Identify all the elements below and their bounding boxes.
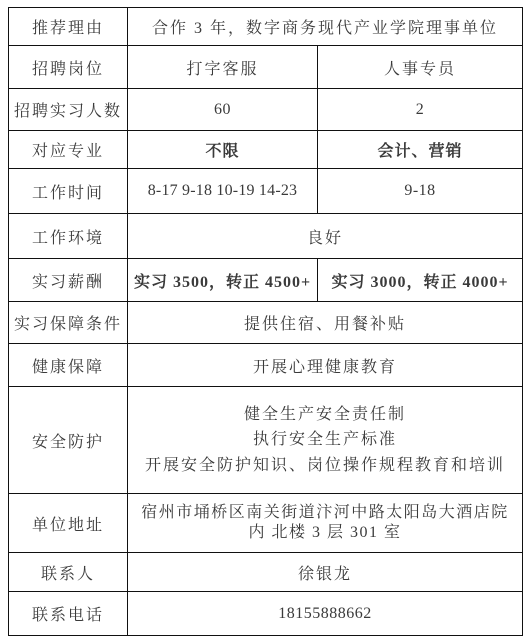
table-row-salary: 实习薪酬 实习 3500，转正 4500+ 实习 3000，转正 4000+: [9, 259, 523, 302]
health-value: 开展心理健康教育: [128, 344, 523, 387]
safety-line-3: 开展安全防护知识、岗位操作规程教育和培训: [130, 458, 520, 474]
work-hours-col2-value: 9-18: [318, 169, 523, 214]
table-row-contact-phone: 联系电话 18155888662: [9, 592, 523, 636]
row-label-safety: 安全防护: [9, 387, 128, 494]
recruitment-info-table: 推荐理由 合作 3 年，数字商务现代产业学院理事单位 招聘岗位 打字客服 人事专…: [8, 7, 523, 636]
safety-line-2: 执行安全生产标准: [130, 432, 520, 448]
salary-col1-value: 实习 3500，转正 4500+: [128, 259, 318, 302]
table-row-health: 健康保障 开展心理健康教育: [9, 344, 523, 387]
table-row-position: 招聘岗位 打字客服 人事专员: [9, 46, 523, 89]
major-col2-value: 会计、营销: [318, 131, 523, 169]
row-label-benefits: 实习保障条件: [9, 302, 128, 344]
safety-value: 健全生产安全责任制 执行安全生产标准 开展安全防护知识、岗位操作规程教育和培训: [128, 387, 523, 494]
row-label-work-hours: 工作时间: [9, 169, 128, 214]
benefits-value: 提供住宿、用餐补贴: [128, 302, 523, 344]
table-row-work-environment: 工作环境 良好: [9, 214, 523, 259]
intern-count-col1-value: 60: [128, 89, 318, 131]
row-label-contact-phone: 联系电话: [9, 592, 128, 636]
row-label-position: 招聘岗位: [9, 46, 128, 89]
table-row-major: 对应专业 不限 会计、营销: [9, 131, 523, 169]
document-page: 推荐理由 合作 3 年，数字商务现代产业学院理事单位 招聘岗位 打字客服 人事专…: [0, 0, 532, 642]
row-label-address: 单位地址: [9, 494, 128, 553]
position-col1-value: 打字客服: [128, 46, 318, 89]
table-row-safety: 安全防护 健全生产安全责任制 执行安全生产标准 开展安全防护知识、岗位操作规程教…: [9, 387, 523, 494]
row-label-major: 对应专业: [9, 131, 128, 169]
row-label-salary: 实习薪酬: [9, 259, 128, 302]
work-hours-col1-value: 8-17 9-18 10-19 14-23: [128, 169, 318, 214]
safety-line-1: 健全生产安全责任制: [130, 407, 520, 423]
table-row-address: 单位地址 宿州市埇桥区南关街道汴河中路太阳岛大酒店院内 北楼 3 层 301 室: [9, 494, 523, 553]
table-row-contact-person: 联系人 徐银龙: [9, 553, 523, 592]
table-row-intern-count: 招聘实习人数 60 2: [9, 89, 523, 131]
row-label-intern-count: 招聘实习人数: [9, 89, 128, 131]
row-label-health: 健康保障: [9, 344, 128, 387]
table-row-recommend-reason: 推荐理由 合作 3 年，数字商务现代产业学院理事单位: [9, 8, 523, 46]
address-value: 宿州市埇桥区南关街道汴河中路太阳岛大酒店院内 北楼 3 层 301 室: [128, 494, 523, 553]
position-col2-value: 人事专员: [318, 46, 523, 89]
row-label-recommend-reason: 推荐理由: [9, 8, 128, 46]
row-label-work-environment: 工作环境: [9, 214, 128, 259]
major-col1-value: 不限: [128, 131, 318, 169]
recommend-reason-value: 合作 3 年，数字商务现代产业学院理事单位: [128, 8, 523, 46]
row-label-contact-person: 联系人: [9, 553, 128, 592]
work-environment-value: 良好: [128, 214, 523, 259]
table-row-benefits: 实习保障条件 提供住宿、用餐补贴: [9, 302, 523, 344]
intern-count-col2-value: 2: [318, 89, 523, 131]
contact-phone-value: 18155888662: [128, 592, 523, 636]
table-row-work-hours: 工作时间 8-17 9-18 10-19 14-23 9-18: [9, 169, 523, 214]
salary-col2-value: 实习 3000，转正 4000+: [318, 259, 523, 302]
contact-person-value: 徐银龙: [128, 553, 523, 592]
